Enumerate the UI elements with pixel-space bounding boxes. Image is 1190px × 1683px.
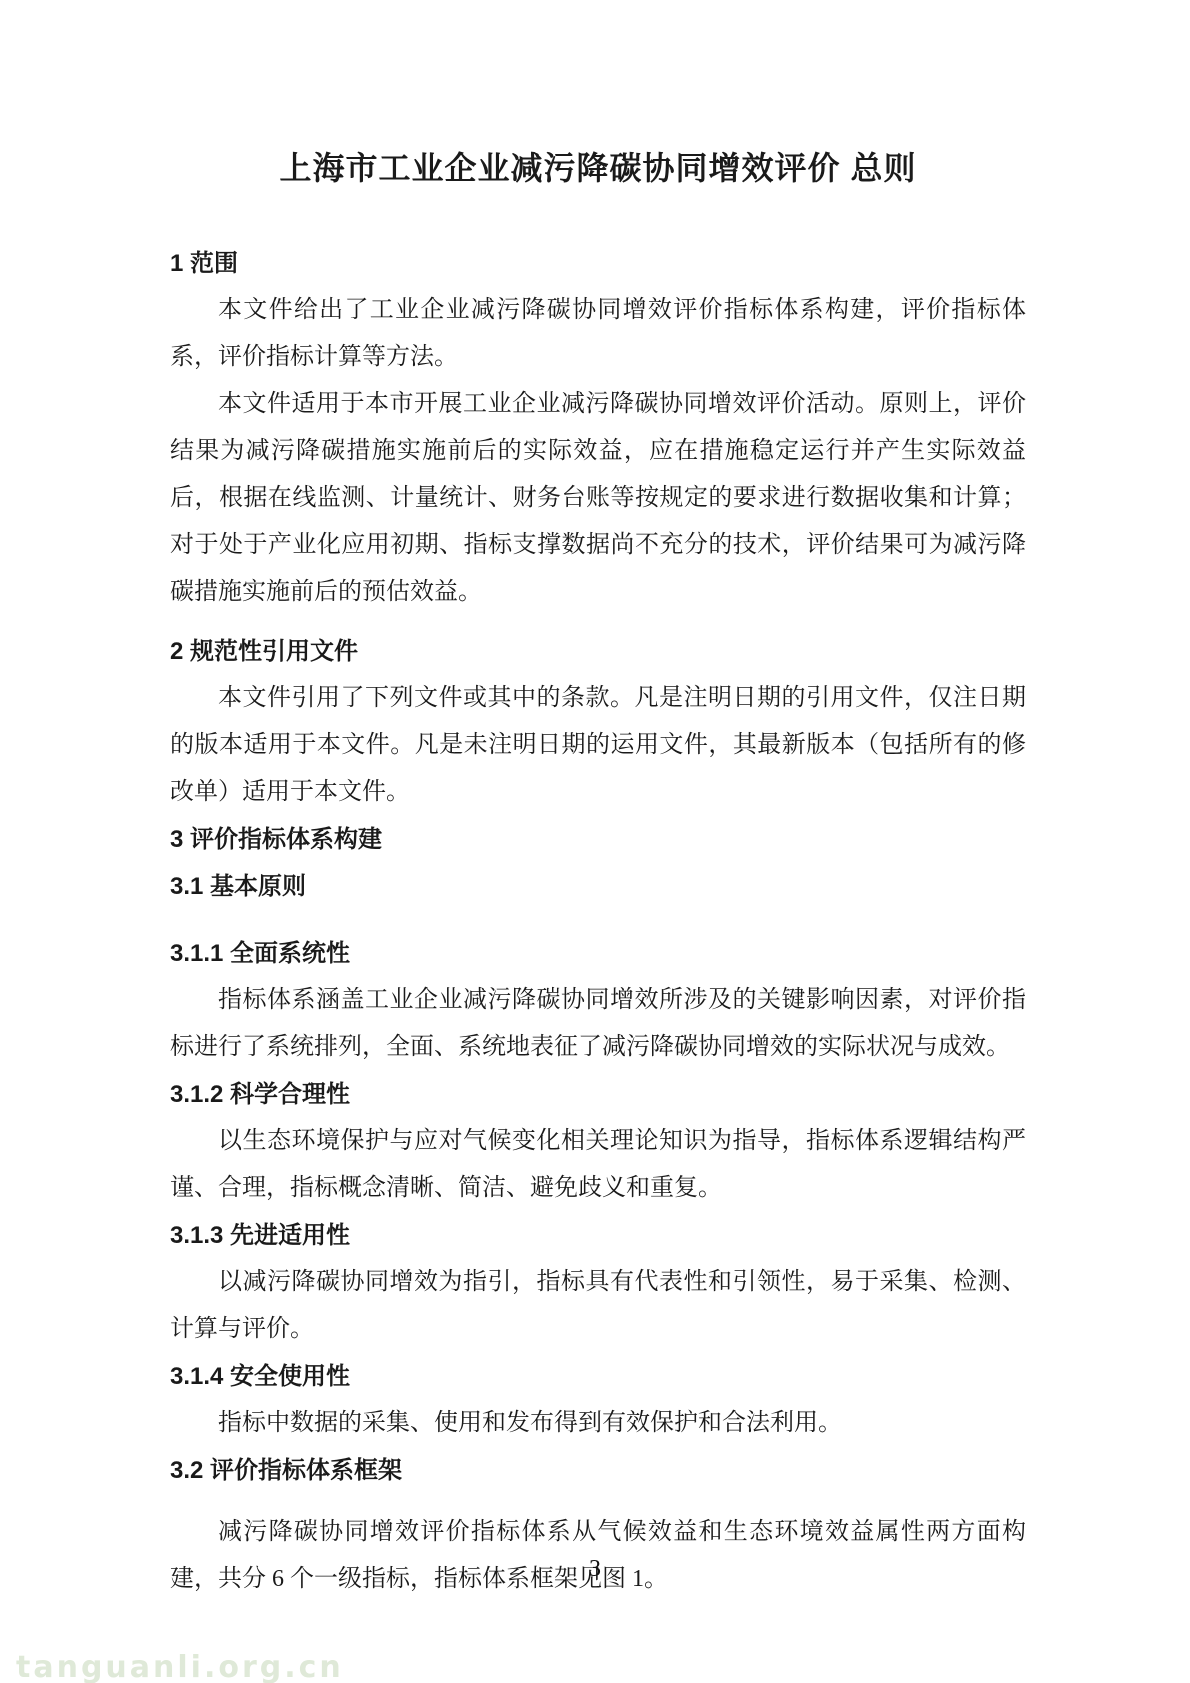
heading-3-1-1-comprehensive: 3.1.1 全面系统性	[170, 930, 1026, 977]
paragraph-scope-methods: 本文件给出了工业企业减污降碳协同增效评价指标体系构建，评价指标体系，评价指标计算…	[170, 287, 1026, 381]
page-title: 上海市工业企业减污降碳协同增效评价 总则	[170, 148, 1026, 188]
heading-3-1-basic-principles: 3.1 基本原则	[170, 863, 1026, 910]
watermark-text: tanguanli.org.cn	[16, 1650, 344, 1683]
heading-3-2-framework: 3.2 评价指标体系框架	[170, 1447, 1026, 1494]
paragraph-advanced: 以减污降碳协同增效为指引，指标具有代表性和引领性，易于采集、检测、计算与评价。	[170, 1259, 1026, 1353]
heading-1-scope: 1 范围	[170, 240, 1026, 287]
heading-3-1-2-scientific: 3.1.2 科学合理性	[170, 1071, 1026, 1118]
paragraph-scientific: 以生态环境保护与应对气候变化相关理论知识为指导，指标体系逻辑结构严谨、合理，指标…	[170, 1118, 1026, 1212]
paragraph-comprehensive: 指标体系涵盖工业企业减污降碳协同增效所涉及的关键影响因素，对评价指标进行了系统排…	[170, 977, 1026, 1071]
paragraph-safe-use: 指标中数据的采集、使用和发布得到有效保护和合法利用。	[170, 1400, 1026, 1447]
heading-3-1-3-advanced: 3.1.3 先进适用性	[170, 1212, 1026, 1259]
page-number: 3	[0, 1556, 1190, 1583]
paragraph-normative-references: 本文件引用了下列文件或其中的条款。凡是注明日期的引用文件，仅注日期的版本适用于本…	[170, 675, 1026, 816]
heading-2-normative-references: 2 规范性引用文件	[170, 628, 1026, 675]
document-body: 上海市工业企业减污降碳协同增效评价 总则 1 范围 本文件给出了工业企业减污降碳…	[170, 148, 1026, 1603]
document-page: { "colors": { "background": "#ffffff", "…	[0, 0, 1190, 1683]
heading-3-1-4-safe-use: 3.1.4 安全使用性	[170, 1353, 1026, 1400]
paragraph-scope-applicability: 本文件适用于本市开展工业企业减污降碳协同增效评价活动。原则上，评价结果为减污降碳…	[170, 381, 1026, 616]
heading-3-index-system: 3 评价指标体系构建	[170, 816, 1026, 863]
